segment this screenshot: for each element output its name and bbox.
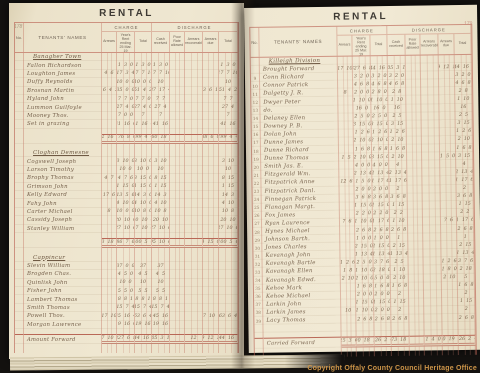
amount-cell: 2 8: [455, 87, 472, 95]
amount-cell: [185, 78, 203, 86]
tenant-name-cell: Cassidy Joseph: [24, 216, 102, 224]
amount-cell: 2 5: [391, 258, 409, 266]
page-number-left: 178: [14, 24, 22, 30]
amount-cell: 10 0: [117, 279, 135, 287]
row-number-cell: 21: [252, 171, 261, 179]
row-number-cell: [15, 279, 24, 287]
amount-cell: 2: [458, 306, 475, 314]
amount-cell: [203, 103, 219, 111]
amount-cell: 3 15: [389, 120, 407, 128]
amount-cell: [185, 287, 203, 295]
row-number-cell: [15, 183, 24, 191]
amount-cell: 20 10 0: [117, 216, 135, 224]
amount-cell: 3 2 0: [388, 72, 406, 80]
amount-cell: 1 10: [388, 96, 406, 104]
amount-cell: [408, 209, 423, 217]
ledger-row: Amount Forward17 10 0327 6 8344 16 8305 …: [15, 334, 238, 345]
tenant-name-cell: Kelly Edward: [24, 191, 102, 199]
amount-cell: [170, 334, 185, 345]
amount-cell: [185, 157, 203, 165]
amount-cell: [338, 73, 353, 81]
amount-cell: [339, 162, 354, 170]
ledger-row: Slevin William37 0 03737: [15, 262, 238, 270]
amount-cell: 1 6 8: [354, 145, 372, 153]
amount-cell: [410, 346, 425, 355]
row-number-cell: 9: [251, 74, 260, 82]
amount-cell: [170, 183, 185, 191]
amount-cell: [441, 249, 457, 257]
amount-cell: 37 17 4: [152, 87, 170, 95]
amount-cell: [339, 137, 354, 145]
amount-cell: [421, 104, 439, 112]
column-header-rent: One Year's Rent ending 25 Mar. 19: [117, 32, 135, 52]
amount-cell: 51 4 2: [219, 87, 238, 95]
amount-cell: [341, 283, 356, 291]
amount-cell: [185, 183, 203, 191]
amount-cell: 22 16 4: [102, 134, 117, 145]
amount-cell: 37: [152, 262, 170, 270]
amount-cell: [135, 253, 152, 261]
amount-cell: [203, 53, 219, 61]
amount-cell: 27 10 6: [219, 225, 238, 233]
ledger-row: Fisher John5 5 05 55 5: [15, 287, 238, 295]
amount-cell: 2 2: [390, 210, 408, 218]
amount-cell: 2 2 0: [373, 210, 390, 218]
column-header-arrears: Arrears: [102, 32, 117, 52]
amount-cell: 2 15 0: [373, 242, 390, 250]
column-header-rent: One Year's Rent ending 25 Mar. 19: [352, 35, 370, 55]
amount-cell: 8 8 1: [117, 295, 135, 303]
amount-cell: 2 0 0: [374, 291, 391, 299]
ledger-row: Set in grazing41 16 041 16 041 1641 16: [15, 120, 238, 128]
amount-cell: [102, 103, 117, 111]
amount-cell: [409, 290, 424, 298]
amount-cell: 327 6 8: [117, 334, 135, 345]
amount-cell: [440, 185, 456, 193]
amount-cell: 5 5: [152, 287, 170, 295]
row-number-cell: [15, 270, 24, 278]
amount-cell: 7 7: [219, 95, 238, 103]
tenant-name-cell: Brosnan Martin: [24, 87, 102, 95]
amount-cell: 1 17 6: [389, 177, 407, 185]
amount-cell: 2 0 0: [354, 186, 372, 194]
row-number-cell: [15, 295, 24, 303]
table-header-right: No. TENANTS' NAMES CHARGE DISCHARGE Arre…: [250, 25, 471, 58]
amount-cell: 1 6 8: [389, 145, 407, 153]
group-header-charge: CHARGE: [102, 23, 152, 32]
amount-cell: [170, 191, 185, 199]
amount-cell: [185, 279, 203, 287]
ledger-row: Cogswell Joseph3 10 03 10 03 103 10: [15, 157, 238, 165]
amount-cell: [439, 79, 455, 87]
column-header-tenants-names: TENANTS' NAMES: [24, 23, 102, 52]
amount-cell: 373 18 4: [392, 336, 410, 347]
amount-cell: [407, 128, 422, 136]
amount-cell: [203, 262, 219, 270]
row-number-cell: [15, 70, 24, 78]
amount-cell: 4 10: [152, 199, 170, 207]
amount-cell: [356, 323, 374, 331]
amount-cell: [203, 199, 219, 207]
amount-cell: 2 10 0: [356, 275, 374, 283]
amount-cell: 2 6 8: [374, 315, 391, 323]
amount-cell: 1 10 0: [371, 96, 388, 104]
amount-cell: [170, 61, 185, 69]
amount-cell: 1 6 8: [456, 144, 473, 152]
amount-cell: 1 8: [341, 267, 356, 275]
row-number-cell: [15, 238, 24, 249]
amount-cell: [135, 149, 152, 157]
amount-cell: 16 4 2: [102, 87, 117, 95]
amount-cell: [340, 235, 355, 243]
amount-cell: 2 15: [457, 241, 474, 249]
page-title-left: RENTAL: [9, 3, 244, 19]
amount-cell: [424, 274, 442, 282]
amount-cell: [441, 225, 457, 233]
ledger-row: Larson Timothy10 010 01010: [15, 166, 238, 174]
amount-cell: [102, 120, 117, 128]
column-header-arrears-irrecoverable: Arrears Irrecoverable: [420, 34, 438, 54]
amount-cell: [102, 183, 117, 191]
column-header-tenants-names: TENANTS' NAMES: [259, 27, 337, 57]
amount-cell: 327 6 8: [353, 64, 371, 72]
amount-cell: [170, 70, 185, 78]
amount-cell: [203, 174, 219, 182]
row-number-cell: 33: [254, 268, 263, 276]
amount-cell: 10: [152, 78, 170, 86]
row-number-cell: 34: [254, 276, 263, 284]
amount-cell: 1 15: [458, 298, 475, 306]
amount-cell: 1 2 6: [341, 259, 356, 267]
amount-cell: [339, 129, 354, 137]
amount-cell: [185, 238, 203, 249]
amount-cell: [219, 304, 238, 312]
amount-cell: [203, 304, 219, 312]
amount-cell: [170, 270, 185, 278]
row-number-cell: [251, 58, 260, 66]
tenant-name-cell: Fahy John: [24, 199, 102, 207]
amount-cell: [409, 323, 424, 331]
row-number-cell: 19: [252, 155, 261, 163]
amount-cell: [421, 80, 439, 88]
amount-cell: [170, 87, 185, 95]
amount-cell: 2: [391, 290, 409, 298]
amount-cell: [423, 241, 441, 249]
tenant-name-cell: Brogden Chas.: [24, 270, 102, 278]
row-number-cell: 28: [253, 228, 262, 236]
amount-cell: [203, 344, 219, 353]
amount-cell: 17 7 10: [219, 70, 238, 78]
amount-cell: 17 7 10: [152, 70, 170, 78]
amount-cell: 4: [389, 161, 407, 169]
amount-cell: 4 6 8: [371, 80, 388, 88]
amount-cell: 10: [152, 166, 170, 174]
amount-cell: 1 15 0: [374, 299, 391, 307]
column-header-arrears-irrecoverable: Arrears Irrecoverable: [185, 32, 203, 52]
scanned-ledger-photo: 178 RENTAL No. TENANTS' NAMES CHARGE DIS…: [0, 0, 480, 373]
amount-cell: [406, 72, 421, 80]
amount-cell: 4 6: [102, 70, 117, 78]
amount-cell: [102, 270, 117, 278]
ledger-row: Fahy John4 10 04 10 04 104 10: [15, 199, 238, 207]
amount-cell: 17 3 4: [117, 70, 135, 78]
tenant-name-cell: Banagher Town: [24, 53, 102, 61]
amount-cell: 1 10: [390, 218, 408, 226]
amount-cell: 2 18: [458, 265, 475, 273]
tenant-name-cell: Duffy Reynolds: [24, 78, 102, 86]
amount-cell: [185, 61, 203, 69]
amount-cell: 3 6 8: [390, 193, 408, 201]
amount-cell: [170, 78, 185, 86]
amount-cell: 95 10 6: [152, 238, 170, 249]
amount-cell: 1 17 6: [457, 217, 474, 225]
amount-cell: [170, 208, 185, 216]
amount-cell: [442, 322, 458, 330]
amount-cell: 14 3 0: [135, 191, 152, 199]
ledger-row: 22 16 4176 8 0199 4 4160 18 438 6 0199 4…: [15, 134, 238, 145]
amount-cell: 4 6 8: [353, 81, 371, 89]
row-number-cell: 27: [253, 220, 262, 228]
row-number-cell: [255, 338, 264, 349]
amount-cell: 17 10 0: [102, 334, 117, 345]
amount-cell: 2 15 0: [355, 242, 373, 250]
amount-cell: 4 10: [219, 199, 238, 207]
amount-cell: [170, 279, 185, 287]
amount-cell: 3 7 6: [458, 257, 475, 265]
amount-cell: [409, 266, 424, 274]
amount-cell: 12 6: [339, 178, 354, 186]
amount-cell: 27 4: [219, 103, 238, 111]
amount-cell: 3 15: [456, 152, 473, 160]
amount-cell: [423, 225, 441, 233]
ledger-row: Cloghan Demesne: [15, 149, 238, 157]
amount-cell: [424, 282, 442, 290]
amount-cell: 41 16 0: [135, 120, 152, 128]
row-number-cell: 13: [251, 106, 260, 114]
row-number-cell: 26: [253, 212, 262, 220]
amount-cell: [407, 136, 422, 144]
amount-cell: 17 6: [102, 191, 117, 199]
amount-cell: 15 7 4: [152, 304, 170, 312]
row-number-cell: 38: [254, 309, 263, 317]
amount-cell: [407, 169, 422, 177]
amount-cell: 35 0 0: [117, 87, 135, 95]
row-number-cell: [15, 166, 24, 174]
amount-cell: 1 15 0: [117, 183, 135, 191]
row-number-cell: [15, 134, 24, 145]
amount-cell: [102, 304, 117, 312]
amount-cell: 1 10 0: [353, 97, 371, 105]
row-number-cell: [15, 253, 24, 261]
amount-cell: [102, 287, 117, 295]
amount-cell: [219, 344, 238, 353]
column-header-arrears-due: Arrears due: [438, 34, 454, 54]
amount-cell: 4 5: [135, 270, 152, 278]
amount-cell: 160 18 4: [152, 134, 170, 145]
amount-cell: 2: [456, 184, 473, 192]
tenant-name-cell: Carter Michael: [24, 208, 102, 216]
amount-cell: [203, 166, 219, 174]
amount-cell: 1 15: [219, 183, 238, 191]
amount-cell: [340, 210, 355, 218]
amount-cell: [170, 304, 185, 312]
row-number-cell: [15, 191, 24, 199]
amount-cell: [185, 87, 203, 95]
amount-cell: 2 6 8: [355, 226, 373, 234]
amount-cell: 2 5: [388, 112, 406, 120]
ledger-row: 13 18 086 7 6100 5 695 10 64 15 0100 5 6: [15, 238, 238, 249]
amount-cell: 2 6 8: [390, 226, 408, 234]
amount-cell: [338, 105, 353, 113]
amount-cell: 27 10 6: [135, 225, 152, 233]
tenant-name-cell: Hyland John: [24, 95, 102, 103]
row-number-cell: 29: [253, 236, 262, 244]
amount-cell: [455, 55, 472, 63]
tenant-name-cell: Grimson John: [24, 183, 102, 191]
row-number-cell: 35: [254, 284, 263, 292]
amount-cell: 2: [391, 307, 409, 315]
amount-cell: [408, 225, 423, 233]
ledger-row: Kelly Edward17 613 5 614 3 014 314 3: [15, 191, 238, 199]
amount-cell: 3 2 0: [455, 71, 472, 79]
amount-cell: [423, 233, 441, 241]
amount-cell: 39 12 10: [203, 334, 219, 345]
amount-cell: [442, 314, 458, 322]
amount-cell: 27 10 6: [117, 225, 135, 233]
amount-cell: 20 10: [152, 216, 170, 224]
row-number-cell: [254, 325, 263, 333]
row-number-cell: [15, 174, 24, 182]
ledger-row: Brophy Thomas4 74 7 68 15 08 158 15: [15, 174, 238, 182]
amount-cell: [340, 243, 355, 251]
ledger-row: Mooney Thos.7 0 0777: [15, 112, 238, 120]
amount-cell: [102, 216, 117, 224]
amount-cell: [170, 103, 185, 111]
amount-cell: 426 2 4: [375, 336, 392, 347]
tenant-name-cell: Powell Thos.: [24, 312, 102, 320]
amount-cell: [357, 347, 375, 356]
amount-cell: [170, 238, 185, 249]
tenant-name-cell: Slevin William: [24, 262, 102, 270]
amount-cell: [408, 193, 423, 201]
amount-cell: 1 6 8: [356, 283, 374, 291]
amount-cell: 3 6 8: [355, 194, 373, 202]
amount-cell: [185, 270, 203, 278]
amount-cell: 63 6 4: [135, 312, 152, 320]
amount-cell: 20 10: [219, 216, 238, 224]
amount-cell: [425, 346, 443, 355]
amount-cell: [423, 193, 441, 201]
amount-cell: [443, 346, 459, 355]
amount-cell: 10 0 0: [135, 78, 152, 86]
amount-cell: 2 10 0: [372, 137, 389, 145]
amount-cell: [185, 166, 203, 174]
amount-cell: [185, 225, 203, 233]
amount-cell: 7: [152, 112, 170, 120]
amount-cell: 4 6 8: [455, 79, 472, 87]
amount-cell: [422, 136, 440, 144]
amount-cell: [339, 146, 354, 154]
amount-cell: 1: [390, 234, 408, 242]
ledger-page-right: 179 RENTAL No. TENANTS' NAMES CHARGE DIS…: [244, 5, 480, 353]
amount-cell: 37 0 0: [117, 262, 135, 270]
amount-cell: 7 0 0: [117, 112, 135, 120]
column-header-total: Total: [370, 35, 387, 55]
amount-cell: 8 15 0: [135, 174, 152, 182]
amount-cell: [406, 88, 421, 96]
amount-cell: 4 7 6: [117, 174, 135, 182]
amount-cell: 12: [185, 334, 203, 345]
amount-cell: 2 18 0: [374, 266, 391, 274]
amount-cell: 20 10 0: [135, 216, 152, 224]
amount-cell: [407, 177, 422, 185]
amount-cell: 1 15 0: [355, 202, 373, 210]
amount-cell: 45 16 4: [117, 312, 135, 320]
amount-cell: [185, 262, 203, 270]
amount-cell: [421, 112, 439, 120]
amount-cell: 1 13 4: [390, 250, 408, 258]
amount-cell: 8 15: [219, 174, 238, 182]
amount-cell: 10 0: [117, 166, 135, 174]
amount-cell: [424, 258, 442, 266]
amount-cell: [185, 95, 203, 103]
amount-cell: 14 3: [219, 191, 238, 199]
amount-cell: [219, 287, 238, 295]
amount-cell: [102, 279, 117, 287]
amount-cell: [117, 253, 135, 261]
row-number-cell: 20: [252, 163, 261, 171]
row-number-cell: [15, 262, 24, 270]
amount-cell: [102, 53, 117, 61]
amount-cell: 1 17 6: [373, 218, 390, 226]
amount-cell: 2 6 8: [356, 315, 374, 323]
amount-cell: 2 0 0: [374, 307, 391, 315]
ledger-row: [15, 344, 238, 353]
amount-cell: [170, 95, 185, 103]
amount-cell: [170, 149, 185, 157]
amount-cell: [442, 298, 458, 306]
amount-cell: 1 0 0: [373, 234, 390, 242]
amount-cell: [340, 226, 355, 234]
amount-cell: 27 10 6: [152, 225, 170, 233]
row-number-cell: 17: [252, 139, 261, 147]
amount-cell: 1 15 0: [356, 299, 374, 307]
row-number-cell: 23: [253, 187, 262, 195]
amount-cell: [219, 321, 238, 329]
amount-cell: 344 16 8: [135, 334, 152, 345]
amount-cell: 1 13 4: [355, 250, 373, 258]
amount-cell: 50 19 0: [443, 335, 459, 346]
amount-cell: [408, 217, 423, 225]
amount-cell: 37: [135, 262, 152, 270]
amount-cell: 7 6: [340, 218, 355, 226]
amount-cell: [339, 186, 354, 194]
amount-cell: 7 6: [441, 217, 457, 225]
amount-cell: [406, 104, 421, 112]
amount-cell: [408, 234, 423, 242]
amount-cell: [458, 322, 475, 330]
amount-cell: [407, 185, 422, 193]
amount-cell: [203, 120, 219, 128]
amount-cell: 1 4 0: [425, 335, 443, 346]
amount-cell: [185, 120, 203, 128]
amount-cell: [170, 321, 185, 329]
amount-cell: [407, 153, 422, 161]
amount-cell: 305 3 10: [152, 334, 170, 345]
amount-cell: 13 6 10: [203, 87, 219, 95]
amount-cell: 1: [457, 233, 474, 241]
amount-cell: [341, 324, 356, 332]
